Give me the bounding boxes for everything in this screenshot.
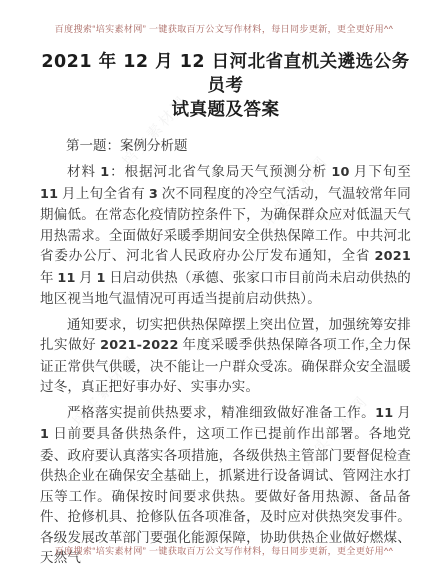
document-page: 培实素材网 培实素材网 培实素材网 培实素材网 百度搜索“培实素材网” 一键获取… (0, 0, 448, 580)
paragraph-material-1: 材料 1：根据河北省气象局天气预测分析 10 月下旬至 11 月上旬全省有 3 … (40, 162, 411, 310)
page-title: 2021 年 12 月 12 日河北省直机关遴选公务员考试真题及答案 (40, 50, 411, 122)
page-title-line1: 2021 年 12 月 12 日河北省直机关遴选公务员考 (41, 52, 409, 96)
footer-watermark-text: 百度搜索“培实素材网” 一键获取百万公文写作材料，每日同步更新，更全更好用^^ (0, 544, 448, 557)
body-paragraphs: 材料 1：根据河北省气象局天气预测分析 10 月下旬至 11 月上旬全省有 3 … (40, 162, 411, 569)
document-body: 2021 年 12 月 12 日河北省直机关遴选公务员考试真题及答案 第一题：案… (40, 50, 411, 569)
section-heading: 第一题：案例分析题 (66, 136, 411, 156)
paragraph-notice-requirements: 通知要求，切实把供热保障摆上突出位置，加强统筹安排扎实做好 2021-2022 … (40, 315, 411, 398)
header-watermark-text: 百度搜索“培实素材网” 一键获取百万公文写作材料，每日同步更新，更全更好用^^ (0, 22, 448, 35)
page-title-line2: 试真题及答案 (172, 100, 280, 120)
